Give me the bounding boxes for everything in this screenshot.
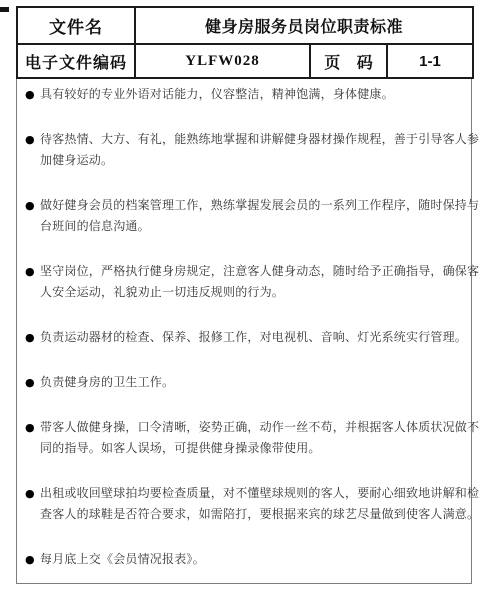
text-line: 负责运动器材的检查、保养、报修工作，对电视机、音响、灯光系统实行管理。: [40, 327, 467, 348]
bullet-item: ● 待客热情、大方、有礼，能熟练地掌握和讲解健身器材操作规程，善于引导客人参 加…: [25, 129, 469, 171]
bullet-item: ● 坚守岗位，严格执行健身房规定，注意客人健身动态，随时给予正确指导，确保客 人…: [25, 261, 469, 303]
file-code-value: YLFW028: [135, 44, 310, 78]
text-line: 同的指导。如客人误场，可提供健身操录像带使用。: [40, 438, 479, 459]
bullet-item: ● 负责运动器材的检查、保养、报修工作，对电视机、音响、灯光系统实行管理。: [25, 327, 469, 348]
bullet-icon: ●: [25, 261, 40, 282]
page-number-label: 页 码: [310, 44, 387, 78]
text-line: 台班间的信息沟通。: [40, 216, 479, 237]
text-line: 坚守岗位，严格执行健身房规定，注意客人健身动态，随时给予正确指导，确保客: [40, 261, 479, 282]
text-line: 带客人做健身操，口令清晰，姿势正确，动作一丝不苟，并根据客人体质状况做不: [40, 417, 479, 438]
scan-artifact: [0, 7, 9, 12]
text-line: 做好健身会员的档案管理工作，熟练掌握发展会员的一系列工作程序，随时保持与: [40, 195, 479, 216]
bullet-icon: ●: [25, 372, 40, 393]
file-name-label: 文件名: [17, 7, 135, 44]
page-number-value: 1-1: [387, 44, 473, 78]
text-line: 加健身运动。: [40, 150, 479, 171]
bullet-icon: ●: [25, 195, 40, 216]
bullet-icon: ●: [25, 327, 40, 348]
bullet-item: ● 做好健身会员的档案管理工作，熟练掌握发展会员的一系列工作程序，随时保持与 台…: [25, 195, 469, 237]
text-line: 待客热情、大方、有礼，能熟练地掌握和讲解健身器材操作规程，善于引导客人参: [40, 129, 479, 150]
file-code-label: 电子文件编码: [17, 44, 135, 78]
document-page: 文件名 健身房服务员岗位职责标准 电子文件编码 YLFW028 页 码 1-1 …: [0, 0, 483, 598]
bullet-item: ● 每月底上交《会员情况报表》。: [25, 549, 469, 570]
text-line: 每月底上交《会员情况报表》。: [40, 549, 205, 570]
header-table: 文件名 健身房服务员岗位职责标准 电子文件编码 YLFW028 页 码 1-1: [16, 6, 474, 79]
bullet-icon: ●: [25, 417, 40, 438]
text-line: 负责健身房的卫生工作。: [40, 372, 174, 393]
text-line: 人安全运动，礼貌劝止一切违反规则的行为。: [40, 282, 479, 303]
bullet-item: ● 具有较好的专业外语对话能力，仪容整洁，精神饱满，身体健康。: [25, 84, 469, 105]
bullet-icon: ●: [25, 129, 40, 150]
bullet-item: ● 带客人做健身操，口令清晰，姿势正确，动作一丝不苟，并根据客人体质状况做不 同…: [25, 417, 469, 459]
bullet-item: ● 出租或收回壁球拍均要检查质量，对不懂壁球规则的客人，要耐心细致地讲解和检 查…: [25, 483, 469, 525]
bullet-icon: ●: [25, 84, 40, 105]
document: 文件名 健身房服务员岗位职责标准 电子文件编码 YLFW028 页 码 1-1 …: [16, 6, 472, 584]
text-line: 查客人的球鞋是否符合要求，如需陪打，要根据来宾的球艺尽量做到使客人满意。: [40, 504, 479, 525]
bullet-item: ● 负责健身房的卫生工作。: [25, 372, 469, 393]
content-box: ● 具有较好的专业外语对话能力，仪容整洁，精神饱满，身体健康。 ● 待客热情、大…: [16, 79, 472, 584]
text-line: 具有较好的专业外语对话能力，仪容整洁，精神饱满，身体健康。: [40, 84, 394, 105]
document-title: 健身房服务员岗位职责标准: [135, 7, 473, 44]
bullet-icon: ●: [25, 483, 40, 504]
bullet-icon: ●: [25, 549, 40, 570]
text-line: 出租或收回壁球拍均要检查质量，对不懂壁球规则的客人，要耐心细致地讲解和检: [40, 483, 479, 504]
